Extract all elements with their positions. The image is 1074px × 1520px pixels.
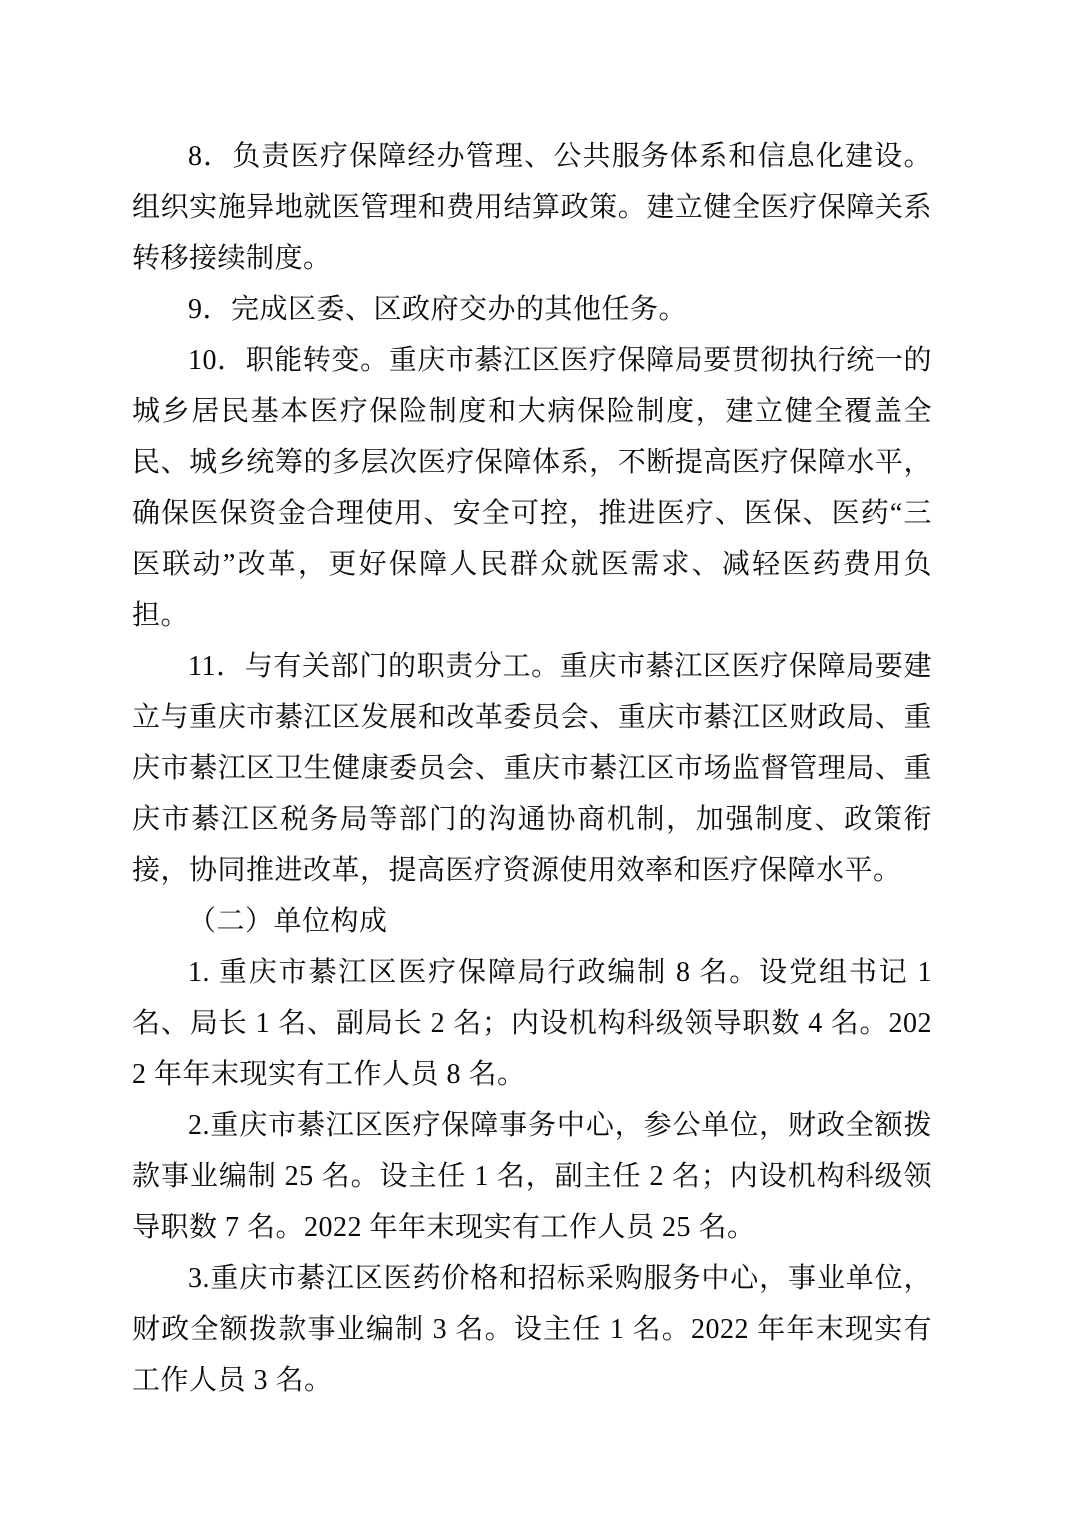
paragraph-task-11-division-of-duties: 11．与有关部门的职责分工。重庆市綦江区医疗保障局要建立与重庆市綦江区发展和改革… bbox=[132, 641, 932, 896]
section-heading-unit-composition: （二）单位构成 bbox=[132, 896, 932, 947]
document-page: 8．负责医疗保障经办管理、公共服务体系和信息化建设。组织实施异地就医管理和费用结… bbox=[0, 0, 1074, 1520]
document-text-block: 8．负责医疗保障经办管理、公共服务体系和信息化建设。组织实施异地就医管理和费用结… bbox=[132, 131, 932, 1406]
paragraph-task-9: 9．完成区委、区政府交办的其他任务。 bbox=[132, 284, 932, 335]
paragraph-unit-2: 2.重庆市綦江区医疗保障事务中心，参公单位，财政全额拨款事业编制 25 名。设主… bbox=[132, 1100, 932, 1253]
paragraph-task-10-function-transformation: 10．职能转变。重庆市綦江区医疗保障局要贯彻执行统一的城乡居民基本医疗保险制度和… bbox=[132, 335, 932, 641]
paragraph-task-8: 8．负责医疗保障经办管理、公共服务体系和信息化建设。组织实施异地就医管理和费用结… bbox=[132, 131, 932, 284]
paragraph-unit-1: 1. 重庆市綦江区医疗保障局行政编制 8 名。设党组书记 1 名、局长 1 名、… bbox=[132, 947, 932, 1100]
paragraph-unit-3: 3.重庆市綦江区医药价格和招标采购服务中心，事业单位，财政全额拨款事业编制 3 … bbox=[132, 1253, 932, 1406]
